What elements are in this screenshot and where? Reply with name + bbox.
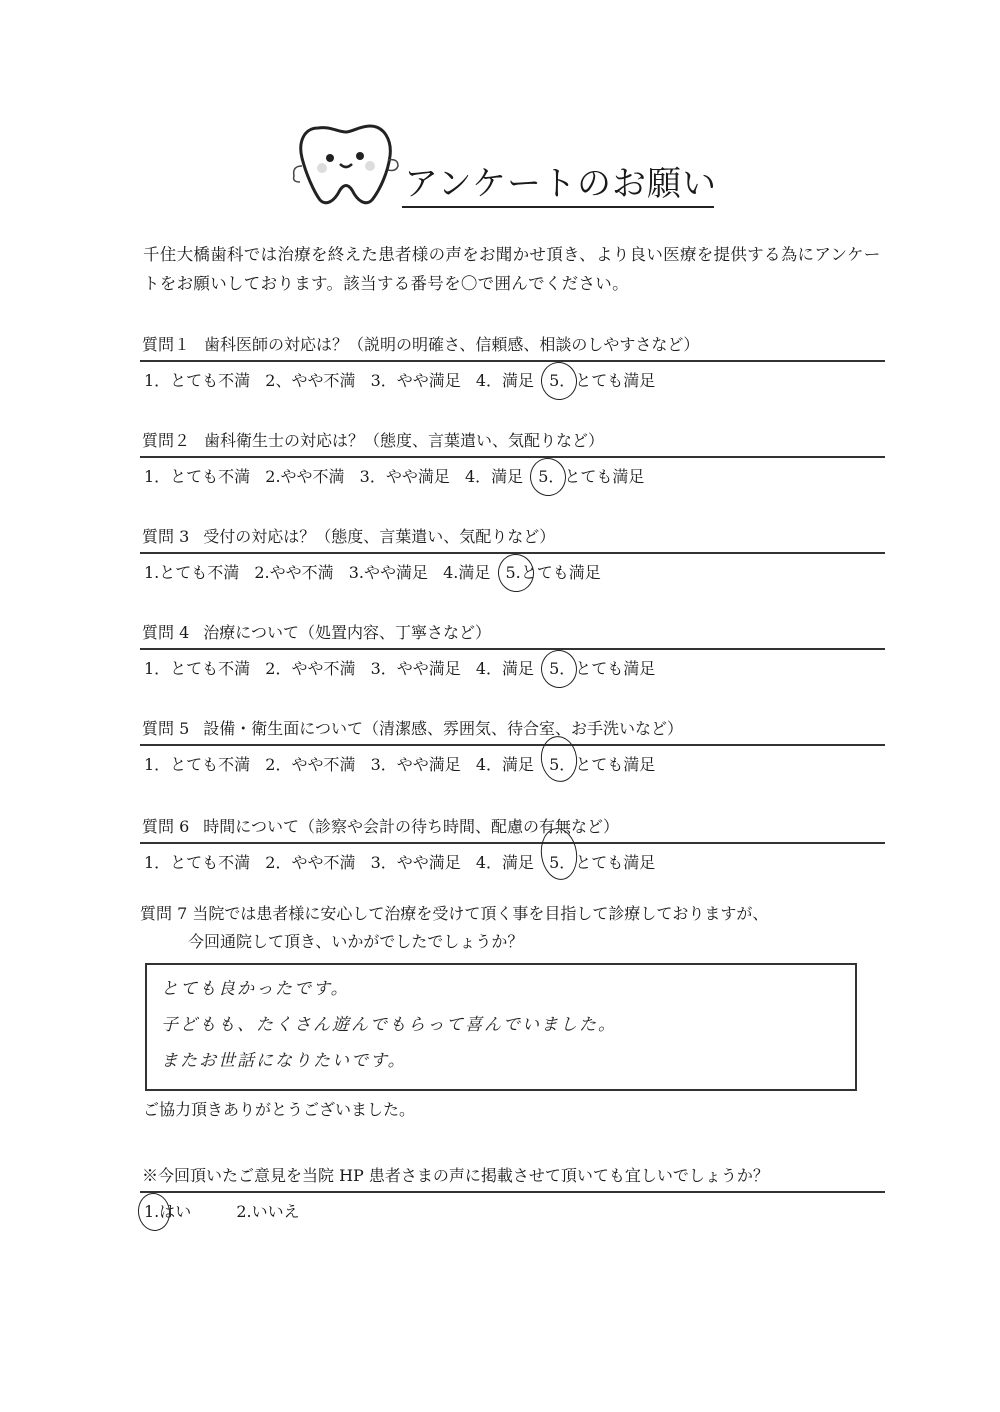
option-3[interactable]: 3．やや満足: [371, 366, 461, 396]
option-1[interactable]: 1．とても不満: [144, 462, 250, 492]
question-number: 質問 6: [142, 817, 189, 836]
option-2[interactable]: 2.やや不満: [265, 462, 344, 492]
circle-mark-icon: [528, 456, 569, 499]
question-text: 受付の対応は？（態度、言葉遣い、気配りなど）: [203, 527, 555, 546]
question-7: 質問 7 当院では患者様に安心して治療を受けて頂く事を目指して診療しておりますが…: [140, 900, 885, 956]
option-3[interactable]: 3.やや満足: [349, 558, 428, 588]
question-heading: 質問 3受付の対応は？（態度、言葉遣い、気配りなど）: [140, 524, 885, 554]
question-number: 質問 5: [142, 719, 189, 738]
option-4[interactable]: 4．満足: [465, 462, 523, 492]
answer-line-1: とても良かったです。: [161, 971, 855, 1007]
intro-text: 千住大橋歯科では治療を終えた患者様の声をお聞かせ頂き、より良い医療を提供する為に…: [143, 240, 883, 298]
rating-options: 1．とても不満 2、やや不満 3．やや満足 4．満足 5．とても満足: [140, 366, 885, 396]
rating-options: 1．とても不満 2．やや不満 3．やや満足 4．満足 5．とても満足: [140, 848, 885, 878]
option-4[interactable]: 4.満足: [443, 558, 490, 588]
handwritten-answer: とても良かったです。 子どもも、たくさん遊んでもらって喜んでいました。 またお世…: [147, 965, 855, 1079]
consent-options: 1.はい 2.いいえ: [140, 1197, 885, 1227]
option-1[interactable]: 1．とても不満: [144, 848, 250, 878]
option-4[interactable]: 4．満足: [476, 366, 534, 396]
question-4: 質問 4治療について（処置内容、丁寧さなど） 1．とても不満 2．やや不満 3．…: [140, 620, 885, 684]
question-text: 治療について（処置内容、丁寧さなど）: [203, 623, 491, 642]
publication-consent: ※今回頂いたご意見を当院 HP 患者さまの声に掲載させて頂いても宜しいでしょうか…: [140, 1163, 885, 1227]
option-5-selected[interactable]: 5．とても満足: [538, 462, 644, 492]
option-5-selected[interactable]: 5.とても満足: [506, 558, 601, 588]
option-1[interactable]: 1．とても不満: [144, 750, 250, 780]
option-2[interactable]: 2．やや不満: [265, 750, 355, 780]
option-2[interactable]: 2．やや不満: [265, 848, 355, 878]
question-text: 歯科衛生士の対応は？（態度、言葉遣い、気配りなど）: [204, 431, 604, 450]
question-5: 質問 5設備・衛生面について（清潔感、雰囲気、待合室、お手洗いなど） 1．とても…: [140, 716, 885, 780]
option-3[interactable]: 3．やや満足: [371, 654, 461, 684]
question-6: 質問 6時間について（診察や会計の待ち時間、配慮の有無など） 1．とても不満 2…: [140, 814, 885, 878]
circle-mark-icon: [539, 360, 580, 403]
circle-mark-icon: [136, 1191, 173, 1233]
option-yes-selected[interactable]: 1.はい: [144, 1197, 191, 1227]
question-2: 質問２歯科衛生士の対応は？（態度、言葉遣い、気配りなど） 1．とても不満 2.や…: [140, 428, 885, 492]
option-3[interactable]: 3．やや満足: [371, 848, 461, 878]
question-1: 質問１歯科医師の対応は？（説明の明確さ、信頼感、相談のしやすさなど） 1．とても…: [140, 332, 885, 396]
option-1[interactable]: 1．とても不満: [144, 366, 250, 396]
question-number: 質問 3: [142, 527, 189, 546]
tooth-mascot-icon: [290, 110, 400, 210]
question-number: 質問 7: [140, 904, 187, 923]
question-number: 質問１: [142, 335, 190, 354]
answer-line-2: 子どもも、たくさん遊んでもらって喜んでいました。: [161, 1007, 855, 1043]
question-heading: 質問１歯科医師の対応は？（説明の明確さ、信頼感、相談のしやすさなど）: [140, 332, 885, 362]
option-no[interactable]: 2.いいえ: [236, 1197, 299, 1227]
option-1[interactable]: 1.とても不満: [144, 558, 239, 588]
option-4[interactable]: 4．満足: [476, 848, 534, 878]
question-heading: 質問 6時間について（診察や会計の待ち時間、配慮の有無など）: [140, 814, 885, 844]
thanks-text: ご協力頂きありがとうございました。: [143, 1097, 415, 1120]
option-3[interactable]: 3．やや満足: [371, 750, 461, 780]
option-3[interactable]: 3．やや満足: [360, 462, 450, 492]
option-5-selected[interactable]: 5．とても満足: [549, 366, 655, 396]
question-text: 当院では患者様に安心して治療を受けて頂く事を目指して診療しておりますが、: [192, 904, 768, 923]
rating-options: 1．とても不満 2．やや不満 3．やや満足 4．満足 5．とても満足: [140, 750, 885, 780]
rating-options: 1．とても不満 2．やや不満 3．やや満足 4．満足 5．とても満足: [140, 654, 885, 684]
question-number: 質問 4: [142, 623, 189, 642]
option-2[interactable]: 2．やや不満: [265, 654, 355, 684]
question-number: 質問２: [142, 431, 190, 450]
question-7-line-1: 質問 7 当院では患者様に安心して治療を受けて頂く事を目指して診療しておりますが…: [140, 900, 885, 928]
question-heading: 質問２歯科衛生士の対応は？（態度、言葉遣い、気配りなど）: [140, 428, 885, 458]
option-2[interactable]: 2、やや不満: [265, 366, 355, 396]
question-heading: 質問 4治療について（処置内容、丁寧さなど）: [140, 620, 885, 650]
question-text: 歯科医師の対応は？（説明の明確さ、信頼感、相談のしやすさなど）: [204, 335, 699, 354]
header: アンケートのお願い: [290, 110, 720, 210]
option-4[interactable]: 4．満足: [476, 654, 534, 684]
option-4[interactable]: 4．満足: [476, 750, 534, 780]
option-1[interactable]: 1．とても不満: [144, 654, 250, 684]
option-5-selected[interactable]: 5．とても満足: [549, 654, 655, 684]
answer-line-3: またお世話になりたいです。: [161, 1043, 855, 1079]
circle-mark-icon: [495, 552, 536, 595]
option-2[interactable]: 2.やや不満: [254, 558, 333, 588]
question-text: 設備・衛生面について（清潔感、雰囲気、待合室、お手洗いなど）: [203, 719, 683, 738]
consent-question: ※今回頂いたご意見を当院 HP 患者さまの声に掲載させて頂いても宜しいでしょうか…: [140, 1163, 885, 1193]
option-5-selected[interactable]: 5．とても満足: [549, 750, 655, 780]
free-text-answer-box[interactable]: とても良かったです。 子どもも、たくさん遊んでもらって喜んでいました。 またお世…: [145, 963, 857, 1091]
question-3: 質問 3受付の対応は？（態度、言葉遣い、気配りなど） 1.とても不満 2.やや不…: [140, 524, 885, 588]
circle-mark-icon: [539, 648, 580, 691]
option-5-selected[interactable]: 5．とても満足: [549, 848, 655, 878]
question-7-line-2: 今回通院して頂き、いかがでしたでしょうか？: [140, 928, 885, 956]
question-heading: 質問 5設備・衛生面について（清潔感、雰囲気、待合室、お手洗いなど）: [140, 716, 885, 746]
page-title: アンケートのお願い: [402, 162, 714, 208]
rating-options: 1．とても不満 2.やや不満 3．やや満足 4．満足 5．とても満足: [140, 462, 885, 492]
rating-options: 1.とても不満 2.やや不満 3.やや満足 4.満足 5.とても満足: [140, 558, 885, 588]
